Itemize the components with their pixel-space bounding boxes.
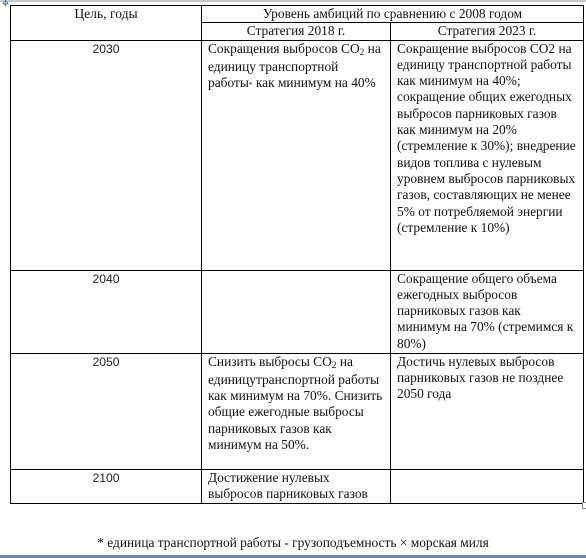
table-move-handle-icon[interactable]: ✥ [1,0,10,7]
co2-subscript: 2 [360,48,365,58]
table-resize-handle-icon[interactable] [582,502,586,509]
ambition-level-header: Уровень амбиций по сравнению с 2008 годо… [202,6,584,23]
table-row: 2040 Сокращение общего объема ежегодных … [11,270,584,353]
table-row: 2030 Сокращения выбросов CO2 на единицу … [11,40,584,270]
goal-years-header: Цель, годы [11,6,202,41]
year-cell: 2030 [11,40,202,270]
table-row: 2100 Достижение нулевых выбросов парнико… [11,469,584,503]
year-cell: 2050 [11,353,202,469]
strategy-2023-cell: Достичь нулевых выбросов парниковых газо… [391,353,584,469]
strategy-2023-cell [391,469,584,503]
year-cell: 2100 [11,469,202,503]
strategy-2018-cell: Достижение нулевых выбросов парниковых г… [202,469,391,503]
cell-text: как минимум на 40% [253,75,376,90]
strategy-2018-header: Стратегия 2018 г. [202,23,391,40]
co2-subscript: 2 [332,361,337,371]
strategy-2023-cell: Сокращение общего объема ежегодных выбро… [391,270,584,353]
strategy-2023-cell: Сокращение выбросов CO2 на единицу транс… [391,40,584,270]
cell-text: Сокращения выбросов CO [208,41,360,56]
strategy-2018-cell: Сокращения выбросов CO2 на единицу транс… [202,40,391,270]
ambition-table: Цель, годы Уровень амбиций по сравнению … [10,5,584,504]
page-top-border [0,0,586,2]
footnote-marker: * [249,80,253,89]
year-cell: 2040 [11,270,202,353]
strategy-2023-header: Стратегия 2023 г. [391,23,584,40]
cell-text: Снизить выбросы CO [208,354,332,369]
footnote: * единица транспортной работы - грузопод… [0,535,586,551]
table-row: 2050 Снизить выбросы CO2 на единицутранс… [11,353,584,469]
strategy-2018-cell: Снизить выбросы CO2 на единицутранспортн… [202,353,391,469]
table-header-row: Цель, годы Уровень амбиций по сравнению … [11,6,584,23]
strategy-2018-cell [202,270,391,353]
